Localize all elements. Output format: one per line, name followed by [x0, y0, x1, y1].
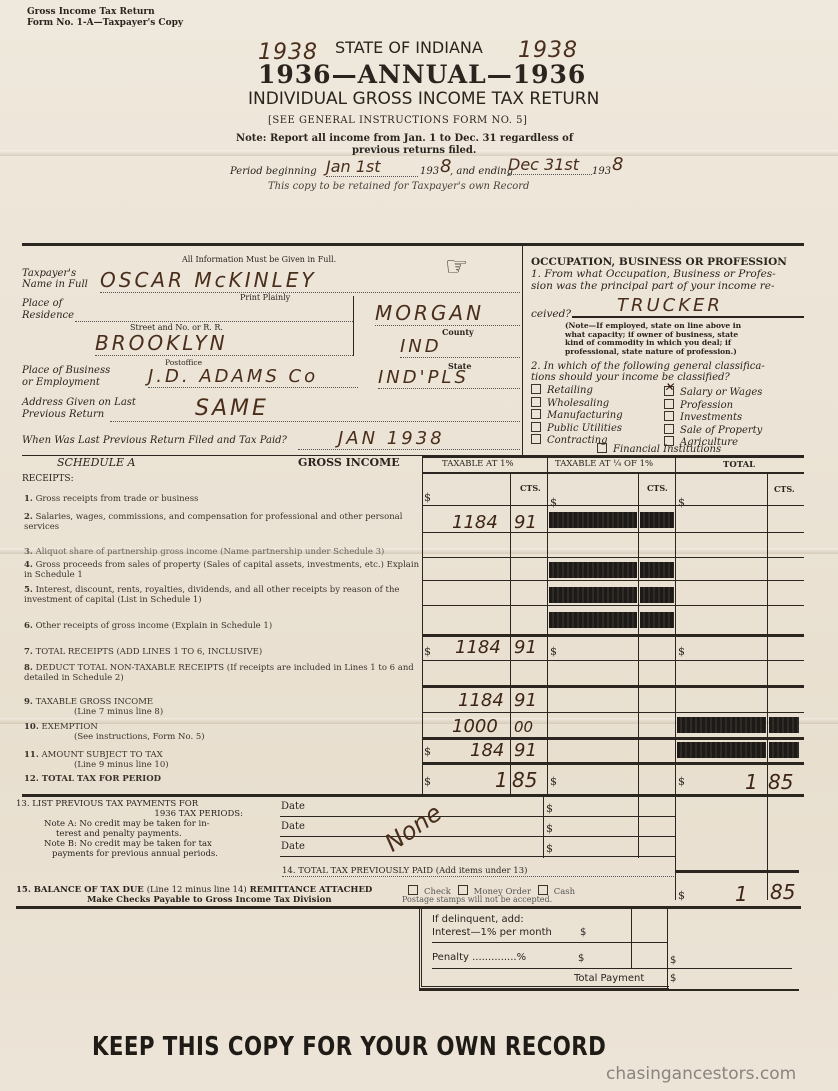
blocked-cell — [549, 587, 637, 603]
blocked-cell — [769, 742, 799, 758]
checkbox[interactable] — [531, 384, 541, 394]
street-field[interactable] — [75, 321, 353, 322]
state-title: STATE OF INDIANA — [335, 38, 483, 57]
interest-label: Interest—1% per month — [432, 927, 552, 938]
blocked-cell — [640, 587, 674, 603]
line-12-cents[interactable]: 85 — [512, 768, 537, 792]
report-note-line2: previous returns filed. — [352, 145, 476, 156]
watermark: chasingancestors.com — [606, 1064, 796, 1084]
line-8: 8. DEDUCT TOTAL NON-TAXABLE RECEIPTS (If… — [24, 663, 420, 683]
divider — [422, 455, 804, 458]
form-name: Gross Income Tax Return — [27, 7, 183, 18]
row-line — [419, 989, 799, 991]
dollar-sign: $ — [546, 822, 553, 835]
dollar-sign: $ — [678, 775, 685, 788]
period-beginning-year-prefix: 193 — [420, 166, 439, 177]
penalty-label: Penalty ..............% — [432, 952, 526, 963]
checkbox[interactable] — [531, 397, 541, 407]
dollar-sign: $ — [424, 745, 431, 758]
schedule-a-title: SCHEDULE A — [57, 456, 135, 469]
option-profession[interactable]: Profession — [664, 399, 762, 412]
checkbox[interactable] — [531, 409, 541, 419]
row-line — [22, 794, 804, 797]
blocked-cell — [549, 512, 637, 528]
line-12: 12. TOTAL TAX FOR PERIOD — [24, 774, 420, 784]
form-subtitle: INDIVIDUAL GROSS INCOME TAX RETURN — [248, 89, 599, 109]
option-salary-wages[interactable]: Salary or Wages — [664, 386, 762, 399]
cts-label: CTS. — [774, 484, 795, 494]
col-line — [422, 455, 423, 795]
receipts-label: RECEIPTS: — [22, 474, 74, 484]
row-line — [422, 605, 804, 606]
dollar-sign: $ — [546, 802, 553, 815]
line-7-cents[interactable]: 91 — [514, 637, 537, 658]
col-line — [547, 455, 548, 795]
dollar-sign: $ — [546, 842, 553, 855]
row-line — [675, 870, 799, 873]
col-line — [543, 796, 544, 858]
period-ending-year[interactable]: 8 — [612, 154, 626, 175]
blocked-cell — [769, 717, 799, 733]
col-line — [638, 796, 639, 858]
checkbox[interactable] — [538, 885, 548, 895]
checkbox[interactable] — [664, 424, 674, 434]
line-10-cents[interactable]: 00 — [514, 718, 533, 736]
row-line — [432, 968, 792, 969]
line-3: 3. Aliquot share of partnership gross in… — [24, 547, 420, 557]
row-line — [432, 942, 667, 943]
date-label-3: Date — [281, 841, 305, 852]
dollar-sign: $ — [550, 645, 557, 658]
section-divider — [22, 243, 804, 246]
tax-return-page: Gross Income Tax Return Form No. 1-A—Tax… — [0, 0, 838, 1091]
taxpayer-name-field[interactable]: OSCAR McKINLEY — [100, 268, 520, 293]
option-wholesaling[interactable]: Wholesaling — [531, 397, 623, 410]
postoffice-field[interactable]: BROOKLYN — [95, 331, 353, 356]
checkbox[interactable] — [458, 885, 468, 895]
line-11-cents[interactable]: 91 — [514, 740, 537, 761]
option-financial-institutions[interactable]: Financial Institutions — [597, 443, 721, 455]
county-field[interactable]: MORGAN — [375, 301, 520, 326]
line-15: 15. BALANCE OF TAX DUE (Line 12 minus li… — [16, 885, 372, 895]
occupation-note: (Note—If employed, state on line above i… — [565, 322, 805, 356]
balance-due-cents[interactable]: 85 — [770, 880, 795, 904]
line-12-total-cents[interactable]: 85 — [768, 770, 793, 794]
checkbox[interactable] — [408, 885, 418, 895]
line-5: 5. Interest, discount, rents, royalties,… — [24, 585, 420, 605]
total-payment-label: Total Payment — [574, 973, 644, 984]
keep-copy-banner: KEEP THIS COPY FOR YOUR OWN RECORD — [92, 1032, 606, 1062]
row-line — [280, 816, 675, 817]
classification-options-left: Retailing Wholesaling Manufacturing Publ… — [531, 384, 623, 447]
dollar-sign: $ — [670, 973, 676, 984]
payable-note: Make Checks Payable to Gross Income Tax … — [87, 895, 332, 905]
dollar-sign: $ — [678, 889, 685, 902]
line-4: 4. Gross proceeds from sales of property… — [24, 560, 420, 580]
dollar-sign: $ — [678, 645, 685, 658]
option-public-utilities[interactable]: Public Utilities — [531, 422, 623, 435]
report-note-line1: Note: Report all income from Jan. 1 to D… — [236, 133, 573, 144]
occupation-q1-end: ceived? — [531, 308, 571, 320]
residence-divider — [353, 296, 354, 356]
postage-note: Postage stamps will not be accepted. — [402, 895, 552, 904]
row-line — [422, 505, 804, 506]
dollar-sign: $ — [580, 927, 586, 938]
period-ending-field[interactable]: Dec 31st — [508, 155, 592, 175]
dollar-sign: $ — [670, 955, 676, 966]
line-10-dollars[interactable]: 1000 — [452, 716, 498, 737]
last-filed-field[interactable]: JAN 1938 — [298, 428, 520, 450]
classification-options-right: Salary or Wages Profession Investments S… — [664, 386, 762, 449]
dollar-sign: $ — [424, 775, 431, 788]
line-2-dollars[interactable]: 1184 — [452, 512, 498, 533]
column-divider — [522, 246, 523, 456]
instructions-note: [SEE GENERAL INSTRUCTIONS FORM NO. 5] — [268, 115, 527, 126]
dollar-sign: $ — [678, 496, 685, 509]
prev-address-field[interactable]: SAME — [110, 396, 520, 422]
dollar-sign: $ — [578, 953, 584, 964]
line-6: 6. Other receipts of gross income (Expla… — [24, 621, 420, 631]
row-line — [422, 580, 804, 581]
line-12-dollars[interactable]: 1 — [495, 768, 508, 792]
option-manufacturing[interactable]: Manufacturing — [531, 409, 623, 422]
dollar-sign: $ — [424, 645, 431, 658]
blocked-cell — [640, 512, 674, 528]
dollar-sign: $ — [550, 775, 557, 788]
col-header-total: TOTAL — [723, 460, 755, 470]
row-line — [422, 762, 804, 765]
blocked-cell — [677, 742, 766, 758]
period-ending-label: , and ending — [450, 166, 513, 177]
balance-due-dollars[interactable]: 1 — [735, 882, 748, 906]
checkbox[interactable] — [597, 443, 607, 453]
option-investments[interactable]: Investments — [664, 411, 762, 424]
blocked-cell — [640, 562, 674, 578]
line-7: 7. TOTAL RECEIPTS (ADD LINES 1 TO 6, INC… — [24, 647, 420, 657]
occupation-field[interactable]: TRUCKER — [572, 295, 804, 318]
blocked-cell — [549, 562, 637, 578]
option-sale-of-property[interactable]: Sale of Property — [664, 424, 762, 437]
col-line — [667, 909, 668, 989]
checkbox[interactable] — [531, 434, 541, 444]
period-beginning-label: Period beginning — [230, 166, 317, 177]
line-10: 10. EXEMPTION(See instructions, Form No.… — [24, 722, 420, 742]
blocked-cell — [677, 717, 766, 733]
dollar-sign: $ — [550, 496, 557, 509]
row-line — [422, 660, 804, 661]
business-label: Place of Business or Employment — [22, 365, 110, 389]
line-9: 9. TAXABLE GROSS INCOME(Line 7 minus lin… — [24, 697, 420, 717]
line-11: 11. AMOUNT SUBJECT TO TAX(Line 9 minus l… — [24, 750, 420, 770]
state-field[interactable]: IND — [400, 336, 520, 358]
row-line — [422, 685, 804, 688]
classification-question: 2. In which of the following general cla… — [531, 361, 765, 383]
none-value[interactable]: None — [380, 799, 447, 858]
period-ending-year-prefix: 193 — [592, 166, 611, 177]
name-label: Taxpayer's Name in Full — [22, 268, 88, 290]
checkbox[interactable] — [664, 399, 674, 409]
cts-label: CTS. — [520, 483, 541, 493]
checkbox[interactable] — [664, 411, 674, 421]
section-divider — [16, 906, 801, 909]
col-header-1pct: TAXABLE AT 1% — [442, 459, 514, 469]
line-7-dollars[interactable]: 1184 — [455, 637, 501, 658]
dollar-sign: $ — [424, 491, 431, 504]
blocked-cell — [549, 612, 637, 628]
annual-title: 1936—ANNUAL—1936 — [258, 60, 586, 89]
occupation-section: OCCUPATION, BUSINESS OR PROFESSION 1. Fr… — [531, 256, 811, 292]
form-id: Gross Income Tax Return Form No. 1-A—Tax… — [27, 7, 183, 29]
line-1: 1. Gross receipts from trade or business — [24, 494, 420, 504]
last-filed-label: When Was Last Previous Return Filed and … — [22, 435, 287, 446]
form-number: Form No. 1-A—Taxpayer's Copy — [27, 18, 183, 29]
print-plainly-note: Print Plainly — [240, 293, 290, 302]
retain-note: This copy to be retained for Taxpayer's … — [268, 181, 529, 192]
delinquent-title: If delinquent, add: — [432, 914, 524, 925]
line-12-total-dollars[interactable]: 1 — [745, 770, 758, 794]
cts-label: CTS. — [647, 483, 668, 493]
date-label-1: Date — [281, 801, 305, 812]
business-field[interactable]: J.D. ADAMS Co — [148, 366, 358, 388]
date-label-2: Date — [281, 821, 305, 832]
line-11-dollars[interactable]: 184 — [470, 740, 504, 761]
line-2-cents[interactable]: 91 — [514, 512, 537, 533]
all-info-note: All Information Must be Given in Full. — [182, 255, 336, 264]
line-9-cents[interactable]: 91 — [514, 690, 537, 711]
blocked-cell — [640, 612, 674, 628]
line-2: 2. Salaries, wages, commissions, and com… — [24, 512, 420, 532]
line-14: 14. TOTAL TAX PREVIOUSLY PAID (Add items… — [282, 866, 674, 877]
row-line — [422, 557, 804, 558]
col-line — [675, 455, 676, 900]
row-line — [280, 856, 675, 857]
option-retailing[interactable]: Retailing — [531, 384, 623, 397]
checkbox-checked[interactable] — [664, 386, 674, 396]
row-line — [422, 712, 804, 713]
previous-payments-label: 13. LIST PREVIOUS TAX PAYMENTS FOR 1936 … — [16, 799, 251, 859]
col-header-quarter-pct: TAXABLE AT ¼ OF 1% — [555, 459, 653, 469]
checkbox[interactable] — [531, 422, 541, 432]
residence-label: Place of Residence — [22, 298, 74, 322]
col-line — [631, 909, 632, 969]
row-line — [280, 836, 675, 837]
business-city-field[interactable]: IND'PLS — [378, 367, 520, 389]
occupation-title: OCCUPATION, BUSINESS OR PROFESSION — [531, 256, 811, 268]
divider — [422, 472, 804, 474]
line-9-dollars[interactable]: 1184 — [458, 690, 504, 711]
gross-income-header: GROSS INCOME — [298, 456, 400, 469]
period-beginning-field[interactable]: Jan 1st — [326, 157, 418, 177]
